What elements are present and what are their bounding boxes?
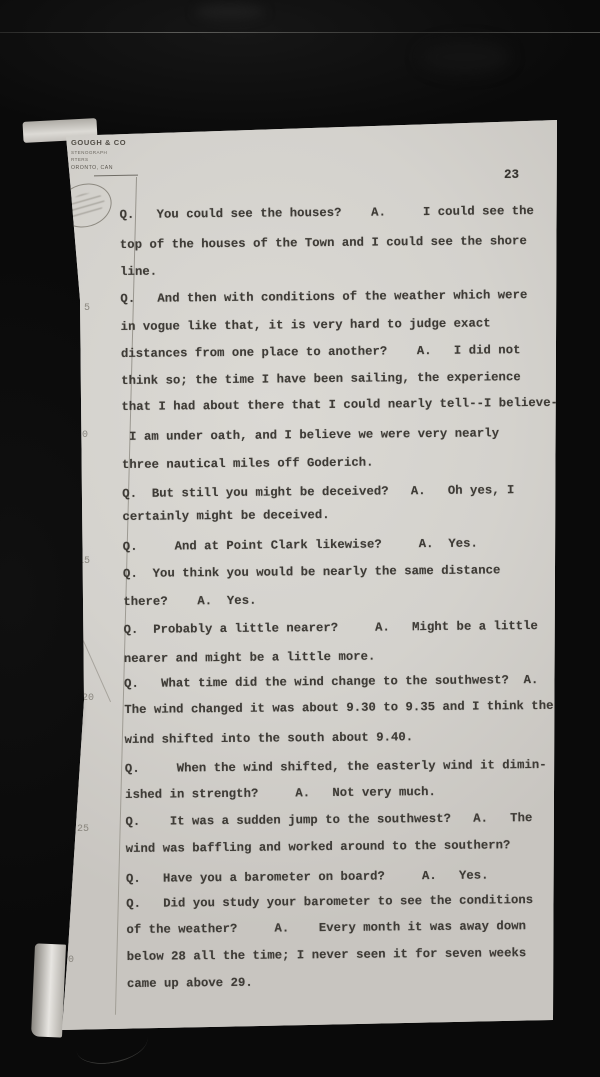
transcript-line: Q. You could see the houses? A. I could … <box>120 204 534 222</box>
transcript-line: Q. But still you might be deceived? A. O… <box>122 483 514 501</box>
transcript-line: that I had about there that I could near… <box>121 396 558 414</box>
transcript-line: top of the houses of the Town and I coul… <box>120 234 527 252</box>
transcript-line: there? A. Yes. <box>123 594 256 609</box>
transcript-line: of the weather? A. Every month it was aw… <box>126 919 526 937</box>
transcript-line: below 28 all the time; I never seen it f… <box>127 946 527 964</box>
transcript-line: Q. When the wind shifted, the easterly w… <box>125 758 547 776</box>
transcript-lines: Q. You could see the houses? A. I could … <box>0 0 600 1077</box>
transcript-line: The wind changed it was about 9.30 to 9.… <box>124 699 553 717</box>
transcript-line: Q. Did you study your barometer to see t… <box>126 893 533 911</box>
document-page: GOUGH & CO STENOGRAPH RTERS ORONTO, CAN … <box>0 0 600 1077</box>
transcript-line: Q. What time did the wind change to the … <box>124 673 538 691</box>
transcript-line: wind was baffling and worked around to t… <box>126 838 511 856</box>
transcript-line: came up above 29. <box>127 976 253 991</box>
transcript-line: Q. Probably a little nearer? A. Might be… <box>123 619 537 637</box>
film-scratch-line <box>0 32 600 33</box>
transcript-line: I am under oath, and I believe we were v… <box>122 426 499 444</box>
transcript-line: Q. And then with conditions of the weath… <box>120 288 527 306</box>
page-curl-bottom-left <box>31 943 66 1037</box>
transcript-line: Q. And at Point Clark likewise? A. Yes. <box>123 537 478 554</box>
transcript-line: Q. You think you would be nearly the sam… <box>123 563 500 581</box>
transcript-line: think so; the time I have been sailing, … <box>121 370 521 388</box>
transcript-line: certainly might be deceived. <box>122 508 329 524</box>
transcript-line: Q. Have you a barometer on board? A. Yes… <box>126 868 489 885</box>
film-smudge <box>420 40 510 74</box>
transcript-line: three nautical miles off Goderich. <box>122 456 374 472</box>
transcript-line: nearer and might be a little more. <box>124 650 376 666</box>
film-smudge <box>195 4 265 20</box>
transcript-line: ished in strength? A. Not very much. <box>125 785 436 802</box>
transcript-line: in vogue like that, it is very hard to j… <box>121 316 491 334</box>
transcript-line: wind shifted into the south about 9.40. <box>125 730 414 747</box>
transcript-line: line. <box>120 265 157 279</box>
transcript-line: distances from one place to another? A. … <box>121 343 521 361</box>
transcript-line: Q. It was a sudden jump to the southwest… <box>125 811 532 829</box>
